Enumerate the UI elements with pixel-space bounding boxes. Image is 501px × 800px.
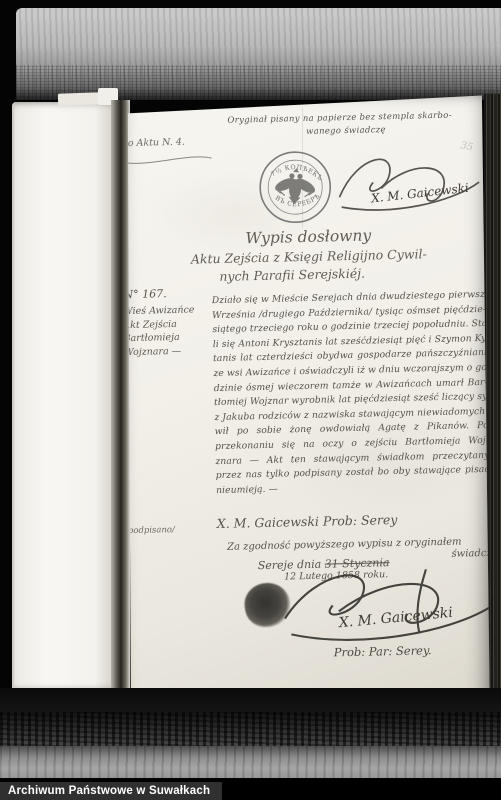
- signature-bottom-title: Prob: Par: Serey.: [334, 643, 432, 659]
- certification-line: Za zgodność powyższego wypisu z oryginał…: [213, 536, 475, 553]
- act-number: N° 167.: [123, 287, 166, 301]
- act-body-text: Działo się w Mieście Serejach dnia dwudz…: [212, 288, 491, 498]
- priest-signature-top: X. M. Gaicewski: [328, 142, 488, 228]
- title-line3: nych Parafii Serejskiéj.: [167, 264, 417, 285]
- book-top-edge: [16, 8, 501, 100]
- flourish-underline-icon: [118, 150, 214, 166]
- underlying-page-edge: [58, 92, 100, 105]
- table-surface: [0, 746, 501, 778]
- manuscript-content: Oryginał pisany na papierze bez stempla …: [115, 86, 497, 710]
- title-line1: Wypis dosłowny: [178, 225, 438, 249]
- priest-signature-bottom: X. M. Gaicewski: [276, 562, 501, 653]
- revenue-stamp: 7½ КОПѢЕКЪ ВЪ СЕРЕБРѢ: [253, 148, 338, 227]
- book-gutter-crease: [111, 100, 130, 696]
- blank-facing-page: [12, 102, 118, 690]
- archival-photo-canvas: Oryginał pisany na papierze bez stempla …: [0, 0, 501, 800]
- margin-line: Wojznara —: [124, 343, 224, 359]
- signature-flourish-icon: [284, 568, 490, 641]
- signature-bottom-name: X. M. Gaicewski: [337, 605, 453, 632]
- archive-name-label: Archiwum Państwowe w Suwałkach: [8, 785, 210, 797]
- top-annotation-line2: wanego świadczę: [266, 124, 426, 138]
- manuscript-page: Oryginał pisany na papierze bez stempla …: [122, 90, 490, 706]
- archive-label-box: Archiwum Państwowe w Suwałkach: [0, 782, 222, 800]
- top-annotation-line1: Oryginał pisany na papierze bez stempla …: [204, 110, 476, 126]
- corner-note: Do Aktu N. 4.: [120, 137, 185, 149]
- book-bottom-edge: [0, 712, 501, 750]
- archive-caption-bar: Archiwum Państwowe w Suwałkach: [0, 778, 501, 800]
- podpisano-signature-line: X. M. Gaicewski Prob: Serey: [217, 512, 398, 531]
- podpisano-note: /podpisano/: [125, 525, 175, 536]
- margin-annotation: Wieś Awizańce Akt Zejścia Bartłomieja Wo…: [123, 303, 224, 359]
